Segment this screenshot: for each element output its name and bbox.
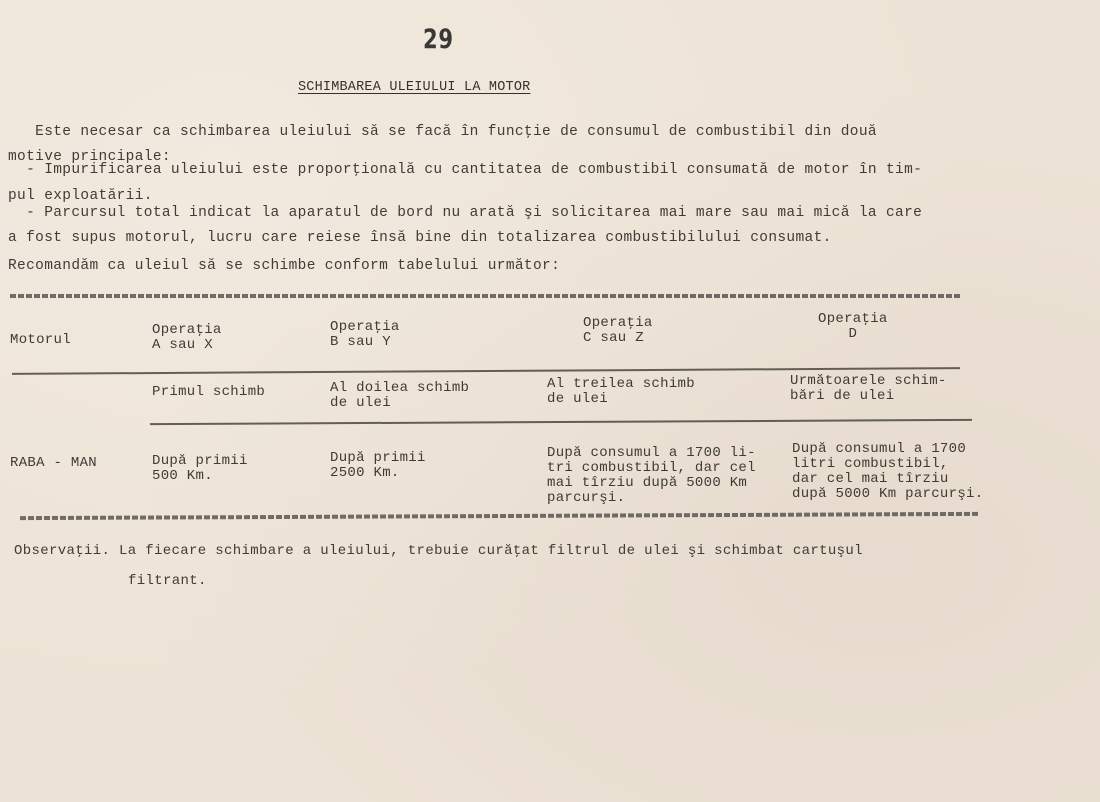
header-op-b: OperaţiaB sau Y xyxy=(330,320,400,350)
row-cell-a: După primii 500 Km. xyxy=(152,454,248,484)
header-op-a: OperaţiaA sau X xyxy=(152,323,222,353)
page-number: 29 xyxy=(423,24,454,55)
desc-op-a: Primul schimb xyxy=(152,385,265,400)
intro-line-1: Este necesar ca schimbarea uleiului să s… xyxy=(8,124,877,140)
header-op-d: OperaţiaD xyxy=(818,312,888,342)
desc-op-b: Al doilea schimbde ulei xyxy=(330,381,469,411)
intro-line-5: - Parcursul total indicat la aparatul de… xyxy=(8,205,922,221)
subheader-rule xyxy=(150,419,972,425)
row-cell-c: După consumul a 1700 li- tri combustibil… xyxy=(547,446,756,506)
desc-op-d: Următoarele schim-bări de ulei xyxy=(790,374,947,404)
row-cell-d: După consumul a 1700 litri combustibil, … xyxy=(792,442,983,502)
observations-line-2: filtrant. xyxy=(128,573,207,589)
header-motor: Motorul xyxy=(10,333,71,348)
intro-line-7: Recomandăm ca uleiul să se schimbe confo… xyxy=(8,258,560,274)
intro-line-6: a fost supus motorul, lucru care reiese … xyxy=(8,230,832,246)
table-bottom-rule xyxy=(20,512,980,520)
intro-line-3: - Impurificarea uleiului este proporţion… xyxy=(8,162,922,178)
intro-line-4: pul exploatării. xyxy=(8,188,153,204)
header-op-c: OperaţiaC sau Z xyxy=(583,316,653,346)
table-top-rule xyxy=(10,294,960,298)
observations-line-1: Observaţii. La fiecare schimbare a uleiu… xyxy=(14,543,863,559)
desc-op-c: Al treilea schimbde ulei xyxy=(547,377,695,407)
section-title: SCHIMBAREA ULEIULUI LA MOTOR xyxy=(298,80,530,95)
row-motor: RABA - MAN xyxy=(10,456,97,471)
row-cell-b: După primii 2500 Km. xyxy=(330,451,426,481)
